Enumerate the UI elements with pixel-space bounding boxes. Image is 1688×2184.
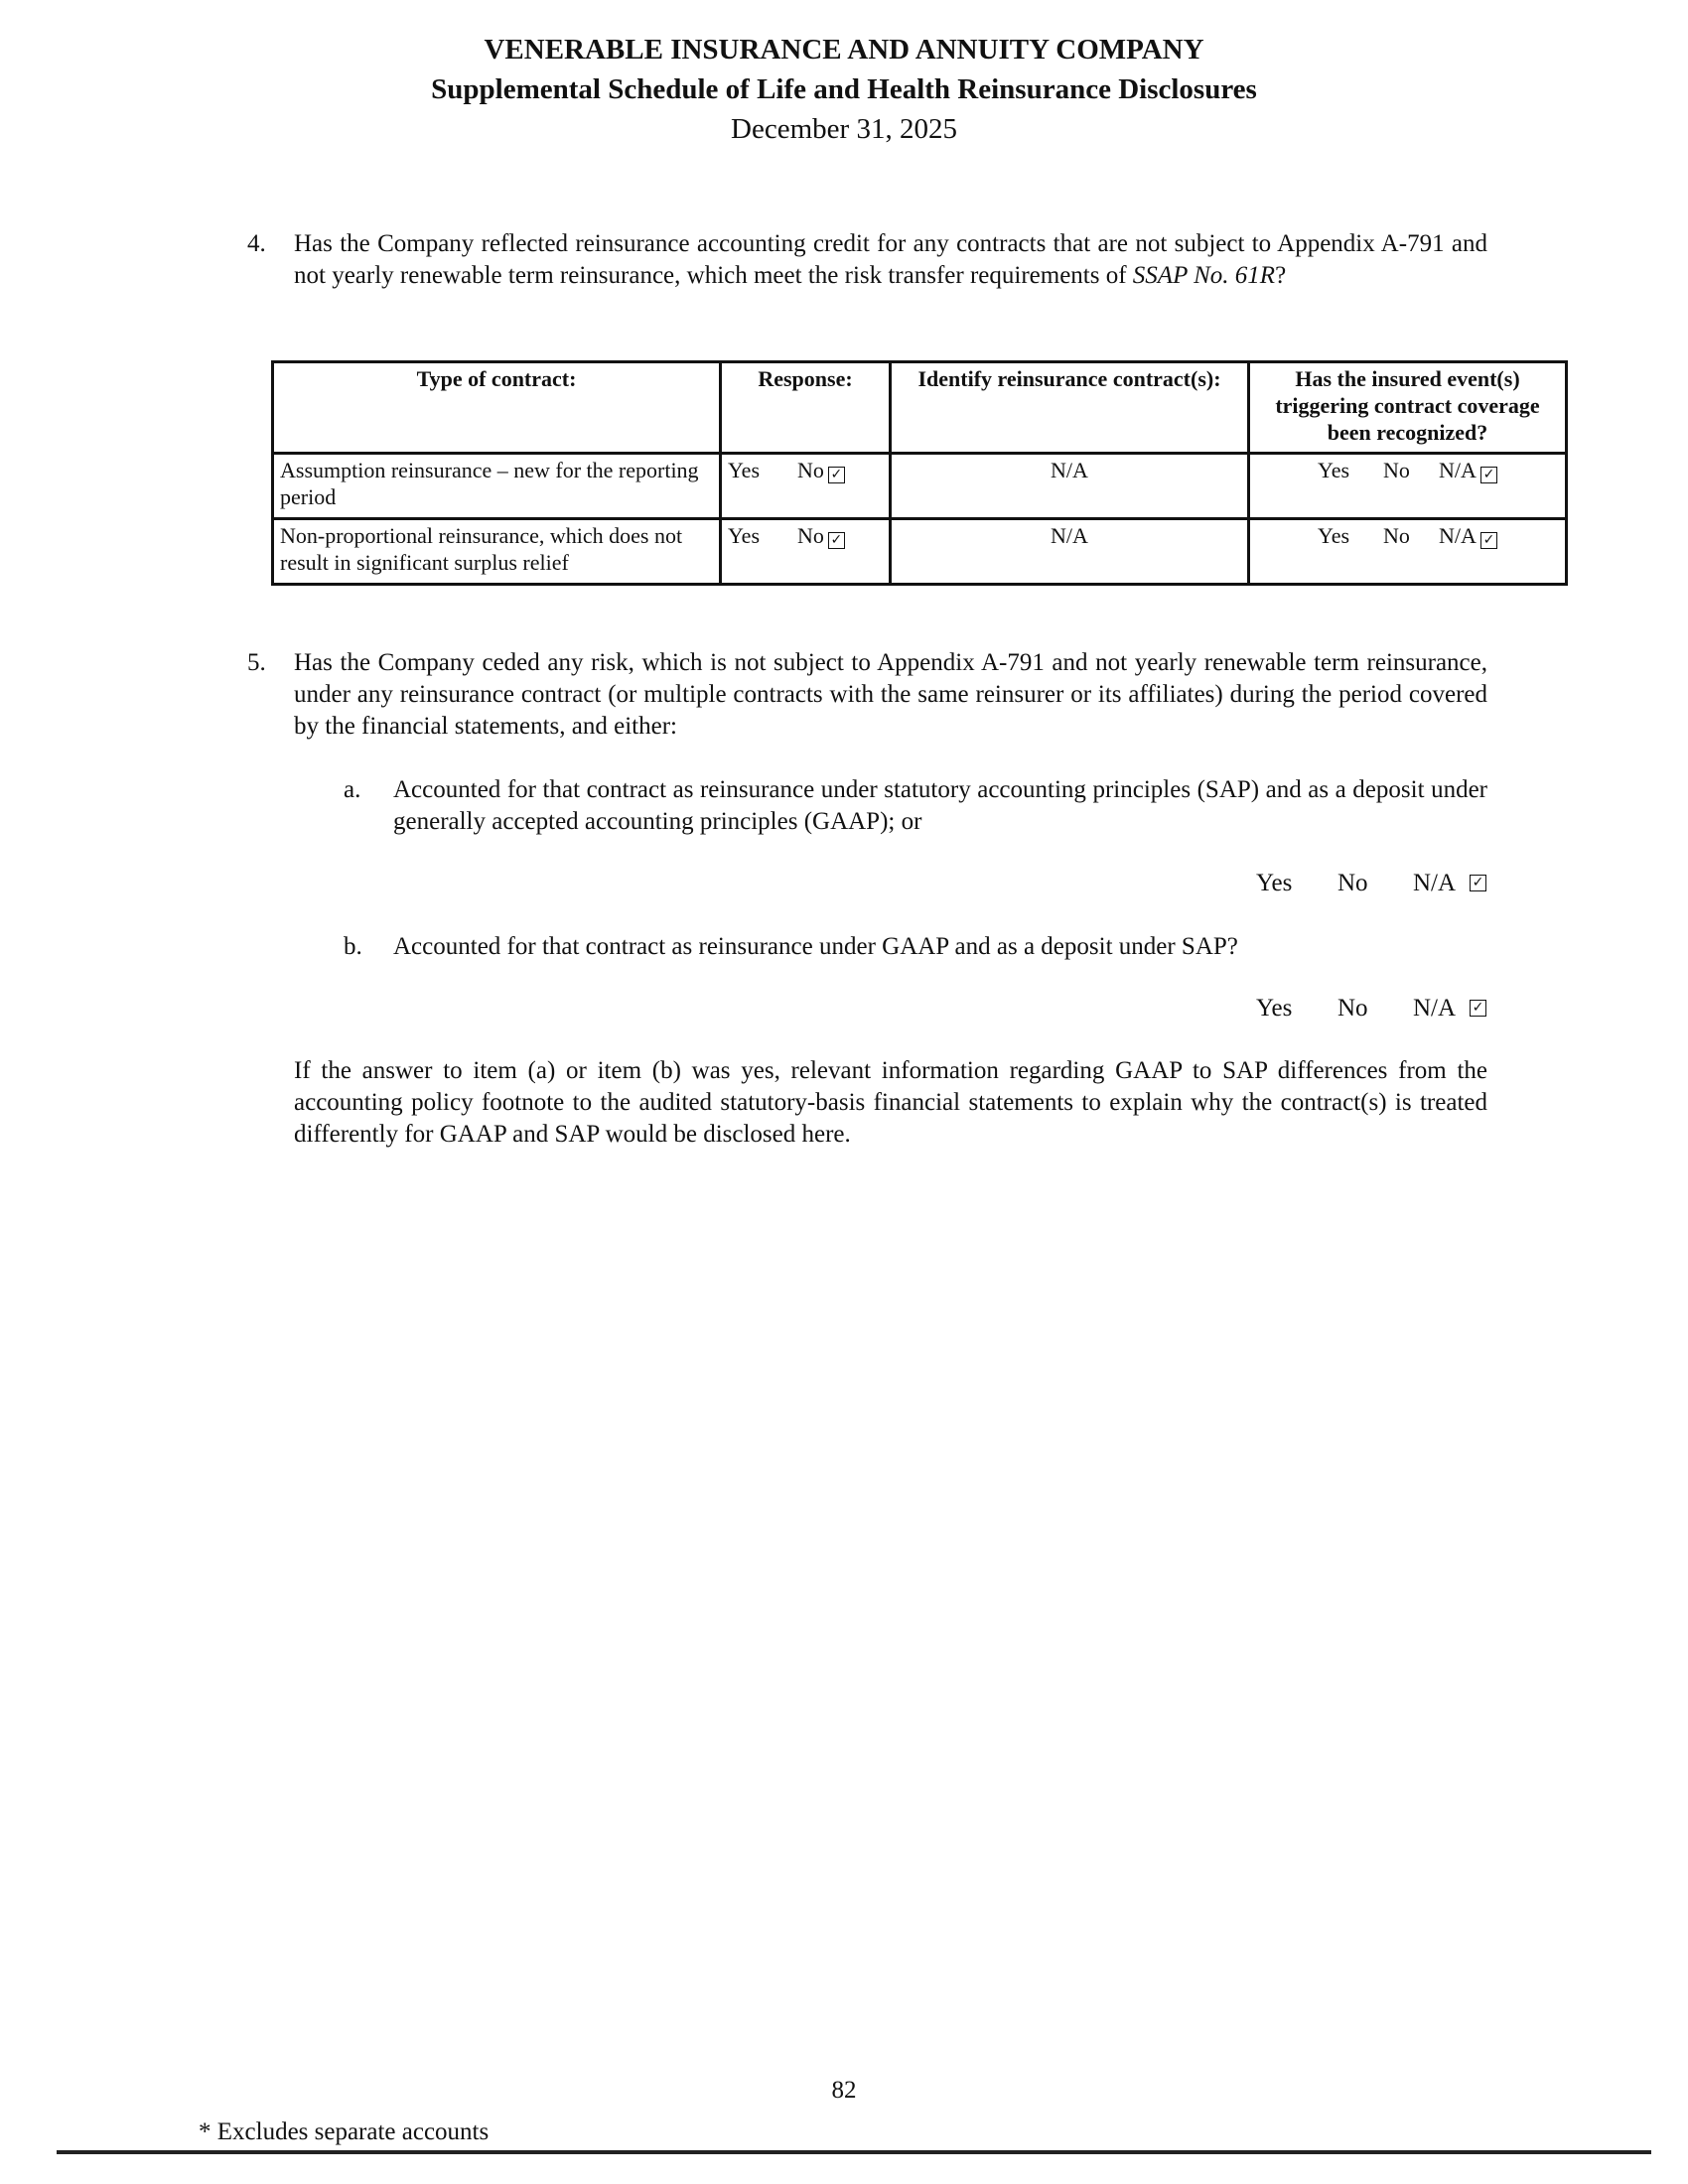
response-yes-option[interactable]: Yes xyxy=(728,522,797,549)
page-number: 82 xyxy=(0,2077,1688,2105)
item-b-no-option[interactable]: No xyxy=(1337,993,1368,1024)
question-4-text-end: ? xyxy=(1275,262,1286,289)
question-5-number: 5. xyxy=(247,647,266,679)
item-a-answer: Yes No N/A ✓ xyxy=(0,868,1688,899)
schedule-title: Supplemental Schedule of Life and Health… xyxy=(0,69,1688,109)
checked-checkbox-icon[interactable]: ✓ xyxy=(828,467,845,483)
response-cell: YesNo✓ xyxy=(721,519,891,585)
response-no-option[interactable]: No xyxy=(797,523,824,548)
recognized-yes-option[interactable]: Yes xyxy=(1318,457,1383,483)
response-yes-option[interactable]: Yes xyxy=(728,457,797,483)
recognized-na-option[interactable]: N/A xyxy=(1439,522,1477,549)
table-row: Non-proportional reinsurance, which does… xyxy=(273,519,1567,585)
question-4-text-main: Has the Company reflected reinsurance ac… xyxy=(294,230,1487,289)
item-b-na-option[interactable]: N/A xyxy=(1413,993,1456,1024)
recognized-cell: YesNoN/A✓ xyxy=(1249,519,1567,585)
header-response: Response: xyxy=(721,362,891,454)
report-date: December 31, 2025 xyxy=(0,109,1688,149)
recognized-no-option[interactable]: No xyxy=(1383,522,1439,549)
contract-type-table: Type of contract: Response: Identify rei… xyxy=(271,360,1568,586)
header-identify-contracts: Identify reinsurance contract(s): xyxy=(891,362,1249,454)
response-cell: YesNo✓ xyxy=(721,454,891,519)
item-b-letter: b. xyxy=(344,931,362,963)
contract-type-cell: Assumption reinsurance – new for the rep… xyxy=(273,454,721,519)
recognized-na-option[interactable]: N/A xyxy=(1439,457,1477,483)
question-4-number: 4. xyxy=(247,228,266,260)
item-a-na-option[interactable]: N/A xyxy=(1413,868,1456,899)
question-5-text: Has the Company ceded any risk, which is… xyxy=(294,647,1487,743)
checked-checkbox-icon[interactable]: ✓ xyxy=(1480,532,1497,549)
question-4-ssap-reference: SSAP No. 61R xyxy=(1133,262,1275,289)
item-a-no-option[interactable]: No xyxy=(1337,868,1368,899)
item-a-letter: a. xyxy=(344,774,360,806)
contracts-cell: N/A xyxy=(891,454,1249,519)
item-b-yes-option[interactable]: Yes xyxy=(1256,993,1292,1024)
header-type-of-contract: Type of contract: xyxy=(273,362,721,454)
contracts-cell: N/A xyxy=(891,519,1249,585)
response-no-option[interactable]: No xyxy=(797,458,824,482)
contract-type-cell: Non-proportional reinsurance, which does… xyxy=(273,519,721,585)
footnote: * Excludes separate accounts xyxy=(199,2118,489,2146)
checked-checkbox-icon[interactable]: ✓ xyxy=(1470,875,1486,891)
item-a-text: Accounted for that contract as reinsuran… xyxy=(393,774,1487,838)
header-event-recognized: Has the insured event(s) triggering cont… xyxy=(1249,362,1567,454)
checked-checkbox-icon[interactable]: ✓ xyxy=(1470,1000,1486,1017)
recognized-yes-option[interactable]: Yes xyxy=(1318,522,1383,549)
question-4-text: Has the Company reflected reinsurance ac… xyxy=(294,228,1487,292)
checked-checkbox-icon[interactable]: ✓ xyxy=(828,532,845,549)
company-name: VENERABLE INSURANCE AND ANNUITY COMPANY xyxy=(0,30,1688,69)
item-b-answer: Yes No N/A ✓ xyxy=(0,993,1688,1024)
recognized-no-option[interactable]: No xyxy=(1383,457,1439,483)
footer-rule xyxy=(57,2150,1651,2154)
item-a-yes-option[interactable]: Yes xyxy=(1256,868,1292,899)
recognized-cell: YesNoN/A✓ xyxy=(1249,454,1567,519)
followup-disclosure-text: If the answer to item (a) or item (b) wa… xyxy=(294,1055,1487,1151)
table-header-row: Type of contract: Response: Identify rei… xyxy=(273,362,1567,454)
checked-checkbox-icon[interactable]: ✓ xyxy=(1480,467,1497,483)
table-row: Assumption reinsurance – new for the rep… xyxy=(273,454,1567,519)
item-b-text: Accounted for that contract as reinsuran… xyxy=(393,931,1487,963)
